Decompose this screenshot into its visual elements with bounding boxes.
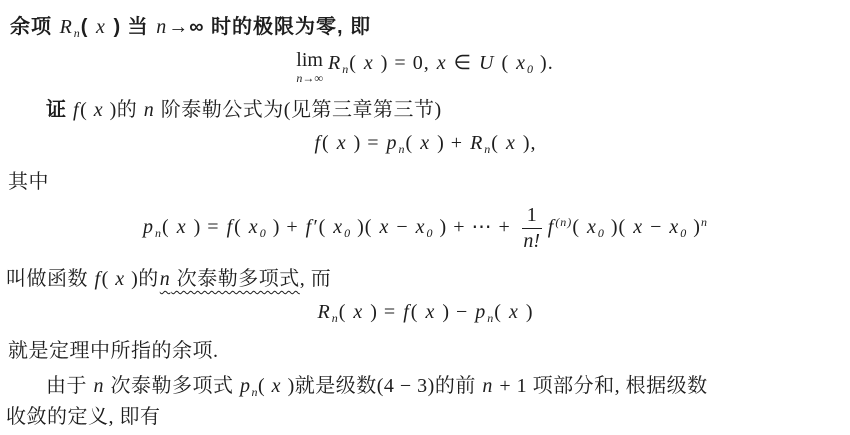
math-var: R [469,132,484,154]
text-run: , 而 [300,268,332,290]
math-superscript: n [701,215,708,229]
math-subscript: n [399,142,406,156]
math-var: x [378,216,390,238]
math-var: p [239,375,252,397]
taylor-polynomial-formula: pn( x ) = f( x0 ) + f′( x0 )( x − x0 ) +… [0,205,850,252]
math-var: x [336,132,348,154]
text-run: ( [102,268,115,290]
text-run: →∞ 时的极限为零, 即 [168,16,371,38]
text-run: ( [322,132,336,154]
text-run: 次泰勒多项式 [105,375,239,397]
math-var: f [226,216,235,238]
text-run: )( [605,216,632,238]
text-run: ( [411,301,425,323]
text-run: + 1 项部分和, 根据级数 [494,375,708,397]
text-run: ( [494,301,508,323]
math-var: n [481,375,494,397]
limit-label: lim [296,50,323,71]
math-subscript: n [332,311,339,325]
text-run: ( [258,375,271,397]
text-run: ( [339,301,353,323]
math-var: x [415,216,427,238]
limit-formula: limn→∞Rn( x ) = 0, x ∈ U ( x0 ). [0,50,850,85]
text-run: 次泰勒多项式 [171,268,300,290]
text-run: ) = 0, [375,52,436,74]
math-var: x [271,375,282,397]
convergence-definition-line: 收敛的定义, 即有 [6,400,161,429]
text-run: − [644,216,668,238]
fraction-numerator: 1 [522,205,542,229]
math-subscript: n [155,226,162,240]
math-var: p [386,132,399,154]
fraction: 1n! [522,205,542,252]
math-var: R [316,301,331,323]
limit-condition: n→∞ [296,71,323,85]
math-var: f [313,132,322,154]
text-run: ) = [188,216,226,238]
math-subscript: 0 [527,62,534,76]
text-run: ( [162,216,176,238]
math-subscript: 0 [598,226,605,240]
text-run: ( [234,216,248,238]
math-var: f [94,268,102,290]
text-run: − [390,216,414,238]
math-var: n [159,268,172,290]
text-run: )就是级数(4 − 3)的前 [282,375,481,397]
math-var: x [668,216,680,238]
math-var: n [93,375,106,397]
bold-label: 证 [46,99,67,121]
math-var: x [176,216,188,238]
math-var: x [363,52,375,74]
text-run: )的 [126,268,159,290]
text-run: ) [687,216,701,238]
text-run: 由于 [46,375,93,397]
text-run: ( [80,99,93,121]
math-var: x [95,16,107,38]
text-run: 阶泰勒公式为(见第三章第三节) [155,99,441,121]
text-run: )( [351,216,378,238]
math-var: x [332,216,344,238]
text-run: ) + [267,216,305,238]
math-var: x [424,301,436,323]
text-run: ( [81,16,95,38]
theorem-statement-line: 余项 Rn( x ) 当 n→∞ 时的极限为零, 即 [10,10,371,41]
math-var: x [515,52,527,74]
math-var: p [142,216,155,238]
text-run: ), [517,132,537,154]
math-superscript: (n) [555,215,572,229]
math-var: R [327,52,342,74]
text-run: ∈ [448,52,478,74]
text-run: 余项 [10,16,59,38]
math-var: x [352,301,364,323]
polynomial-name-line: 叫做函数 f( x )的n 次泰勒多项式, 而 [6,262,331,291]
math-var: f′ [305,216,319,238]
math-var: U [478,52,495,74]
text-run: ) = [364,301,402,323]
among-which-line: 其中 [8,165,49,194]
math-var: x [505,132,517,154]
text-run: ) + ⋯ + [434,216,517,238]
text-run: ( [406,132,420,154]
math-var: f [402,301,411,323]
text-run: )的 [104,99,143,121]
text-run: ( [319,216,333,238]
fraction-denominator: n! [522,229,542,252]
remainder-formula: Rn( x ) = f( x ) − pn( x ) [0,301,850,326]
math-var: x [632,216,644,238]
text-run: ) 当 [107,16,155,38]
limit-operator: limn→∞ [296,50,323,85]
text-run: ) = [348,132,386,154]
text-run: ( [572,216,586,238]
text-run: ) [520,301,534,323]
math-var: x [586,216,598,238]
math-var: x [419,132,431,154]
math-subscript: 0 [427,226,434,240]
text-run: 叫做函数 [6,268,94,290]
math-subscript: n [74,26,81,40]
math-var: R [59,16,74,38]
math-var: n [143,99,156,121]
math-var: x [114,268,125,290]
math-var: x [93,99,104,121]
remainder-description-line: 就是定理中所指的余项. [8,334,219,363]
proof-opening-line: 证 f( x )的 n 阶泰勒公式为(见第三章第三节) [46,93,442,122]
math-var: x [436,52,448,74]
math-subscript: 0 [260,226,267,240]
math-var: p [474,301,487,323]
text-run: ( [491,132,505,154]
text-run: ( [495,52,515,74]
math-var: f [72,99,80,121]
text-run: ) + [431,132,469,154]
text-run: ) − [436,301,474,323]
math-var: x [248,216,260,238]
textbook-page: 余项 Rn( x ) 当 n→∞ 时的极限为零, 即 limn→∞Rn( x )… [0,0,850,435]
text-run: ( [349,52,363,74]
text-run: ). [534,52,554,74]
math-var: n [155,16,168,38]
taylor-formula: f( x ) = pn( x ) + Rn( x ), [0,132,850,157]
partial-sum-line: 由于 n 次泰勒多项式 pn( x )就是级数(4 − 3)的前 n + 1 项… [46,369,708,400]
math-var: x [508,301,520,323]
